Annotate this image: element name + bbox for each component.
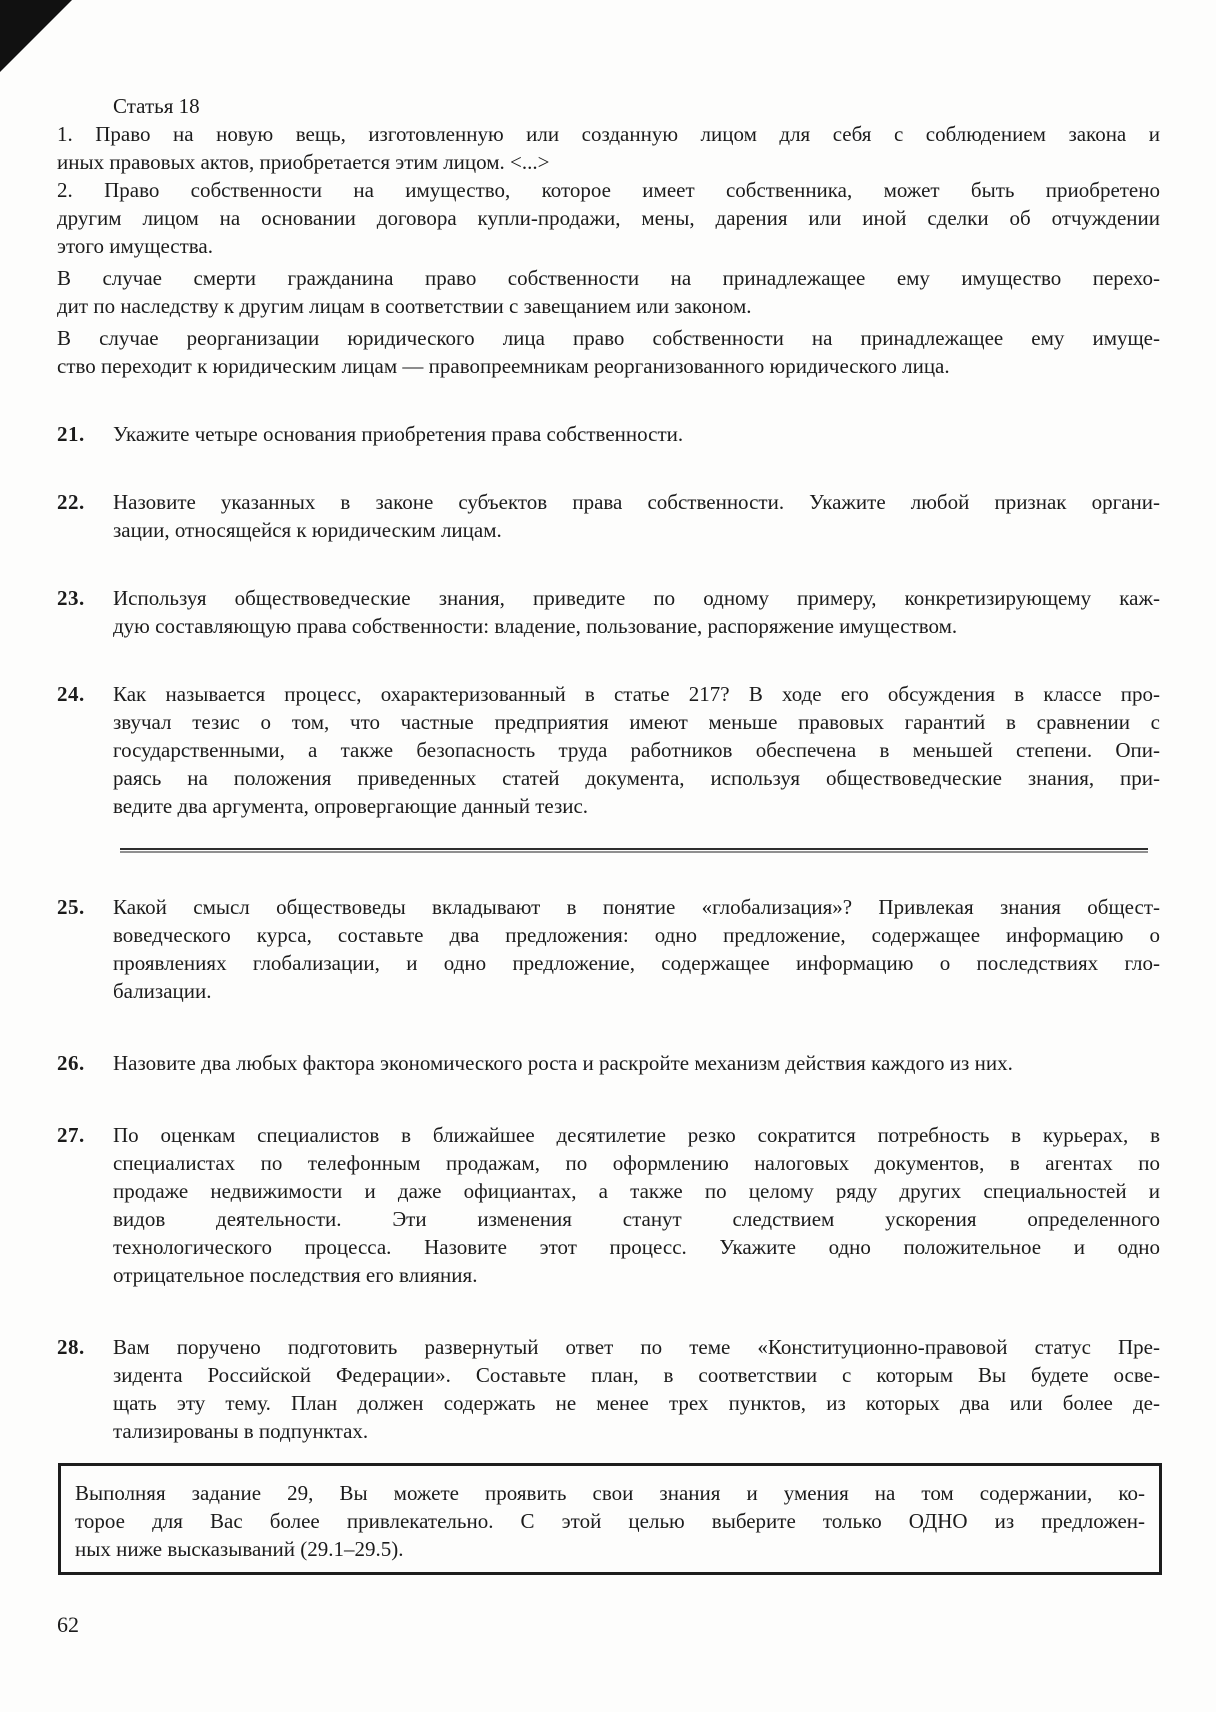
question-number: 22.	[57, 488, 113, 544]
question-number: 23.	[57, 584, 113, 640]
document-excerpt: Статья 18 1. Право на новую вещь, изгото…	[57, 92, 1160, 380]
text-line: По оценкам специалистов в ближайшее деся…	[113, 1121, 1160, 1149]
text-line: другим лицом на основании договора купли…	[57, 204, 1160, 232]
task-29-notice-box: Выполняя задание 29, Вы можете проявить …	[58, 1463, 1162, 1575]
question-text: Назовите два любых фактора экономическог…	[113, 1049, 1160, 1077]
text-line: государственными, а также безопасность т…	[113, 736, 1160, 764]
scanned-exam-page: Статья 18 1. Право на новую вещь, изгото…	[0, 0, 1216, 1712]
text-line: В случае смерти гражданина право собстве…	[57, 264, 1160, 292]
text-line: технологического процесса. Назовите этот…	[113, 1233, 1160, 1261]
question-number: 21.	[57, 420, 113, 448]
text-line: бализации.	[113, 977, 1160, 1005]
question-23: 23. Используя обществоведческие знания, …	[57, 584, 1160, 640]
document-paragraph-3: В случае смерти гражданина право собстве…	[57, 264, 1160, 320]
question-text: По оценкам специалистов в ближайшее деся…	[113, 1121, 1160, 1289]
question-text: Назовите указанных в законе субъектов пр…	[113, 488, 1160, 544]
text-line: торое для Вас более привлекательно. С эт…	[75, 1507, 1145, 1535]
question-number: 25.	[57, 893, 113, 1005]
question-list: 21. Укажите четыре основания приобретени…	[57, 420, 1160, 1445]
text-line: Назовите указанных в законе субъектов пр…	[113, 488, 1160, 516]
text-line: дую составляющую права собственности: вл…	[113, 612, 1160, 640]
text-line: ство переходит к юридическим лицам — пра…	[57, 352, 1160, 380]
text-line: Используя обществоведческие знания, прив…	[113, 584, 1160, 612]
text-line: отрицательное последствия его влияния.	[113, 1261, 1160, 1289]
document-paragraph-2: 2. Право собственности на имущество, кот…	[57, 176, 1160, 260]
page-corner-mark	[0, 0, 72, 72]
text-line: ведите два аргумента, опровергающие данн…	[113, 792, 1160, 820]
text-line: продаже недвижимости и даже официантах, …	[113, 1177, 1160, 1205]
document-paragraph-4: В случае реорганизации юридического лица…	[57, 324, 1160, 380]
question-25: 25. Какой смысл обществоведы вкладывают …	[57, 893, 1160, 1005]
text-line: звучал тезис о том, что частные предприя…	[113, 708, 1160, 736]
question-text: Как называется процесс, охарактеризованн…	[113, 680, 1160, 820]
text-line: 1. Право на новую вещь, изготовленную ил…	[57, 120, 1160, 148]
question-26: 26. Назовите два любых фактора экономиче…	[57, 1049, 1160, 1077]
question-text: Используя обществоведческие знания, прив…	[113, 584, 1160, 640]
question-text: Какой смысл обществоведы вкладывают в по…	[113, 893, 1160, 1005]
question-28: 28. Вам поручено подготовить развернутый…	[57, 1333, 1160, 1445]
article-heading: Статья 18	[57, 92, 1160, 120]
question-24: 24. Как называется процесс, охарактеризо…	[57, 680, 1160, 820]
question-number: 27.	[57, 1121, 113, 1289]
text-line: Выполняя задание 29, Вы можете проявить …	[75, 1479, 1145, 1507]
text-line: Укажите четыре основания приобретения пр…	[113, 420, 1160, 448]
text-line: Вам поручено подготовить развернутый отв…	[113, 1333, 1160, 1361]
text-line: иных правовых актов, приобретается этим …	[57, 148, 1160, 176]
notice-text: Выполняя задание 29, Вы можете проявить …	[75, 1479, 1145, 1563]
text-line: специалистах по телефонным продажам, по …	[113, 1149, 1160, 1177]
text-line: этого имущества.	[57, 232, 1160, 260]
text-line: 2. Право собственности на имущество, кот…	[57, 176, 1160, 204]
text-line: проявлениях глобализации, и одно предлож…	[113, 949, 1160, 977]
text-line: Назовите два любых фактора экономическог…	[113, 1049, 1160, 1077]
text-line: зации, относящейся к юридическим лицам.	[113, 516, 1160, 544]
text-line: видов деятельности. Эти изменения станут…	[113, 1205, 1160, 1233]
text-line: дит по наследству к другим лицам в соотв…	[57, 292, 1160, 320]
text-line: В случае реорганизации юридического лица…	[57, 324, 1160, 352]
question-number: 24.	[57, 680, 113, 820]
text-line: воведческого курса, составьте два предло…	[113, 921, 1160, 949]
question-text: Вам поручено подготовить развернутый отв…	[113, 1333, 1160, 1445]
text-line: Как называется процесс, охарактеризованн…	[113, 680, 1160, 708]
page-number: 62	[57, 1611, 1160, 1639]
text-line: зидента Российской Федерации». Составьте…	[113, 1361, 1160, 1389]
question-number: 26.	[57, 1049, 113, 1077]
document-paragraph-1: 1. Право на новую вещь, изготовленную ил…	[57, 120, 1160, 176]
section-divider	[120, 848, 1148, 853]
question-text: Укажите четыре основания приобретения пр…	[113, 420, 1160, 448]
text-line: Какой смысл обществоведы вкладывают в по…	[113, 893, 1160, 921]
question-22: 22. Назовите указанных в законе субъекто…	[57, 488, 1160, 544]
text-line: тализированы в подпунктах.	[113, 1417, 1160, 1445]
text-line: ных ниже высказываний (29.1–29.5).	[75, 1535, 1145, 1563]
text-line: раясь на положения приведенных статей до…	[113, 764, 1160, 792]
question-number: 28.	[57, 1333, 113, 1445]
question-21: 21. Укажите четыре основания приобретени…	[57, 420, 1160, 448]
question-27: 27. По оценкам специалистов в ближайшее …	[57, 1121, 1160, 1289]
text-line: щать эту тему. План должен содержать не …	[113, 1389, 1160, 1417]
